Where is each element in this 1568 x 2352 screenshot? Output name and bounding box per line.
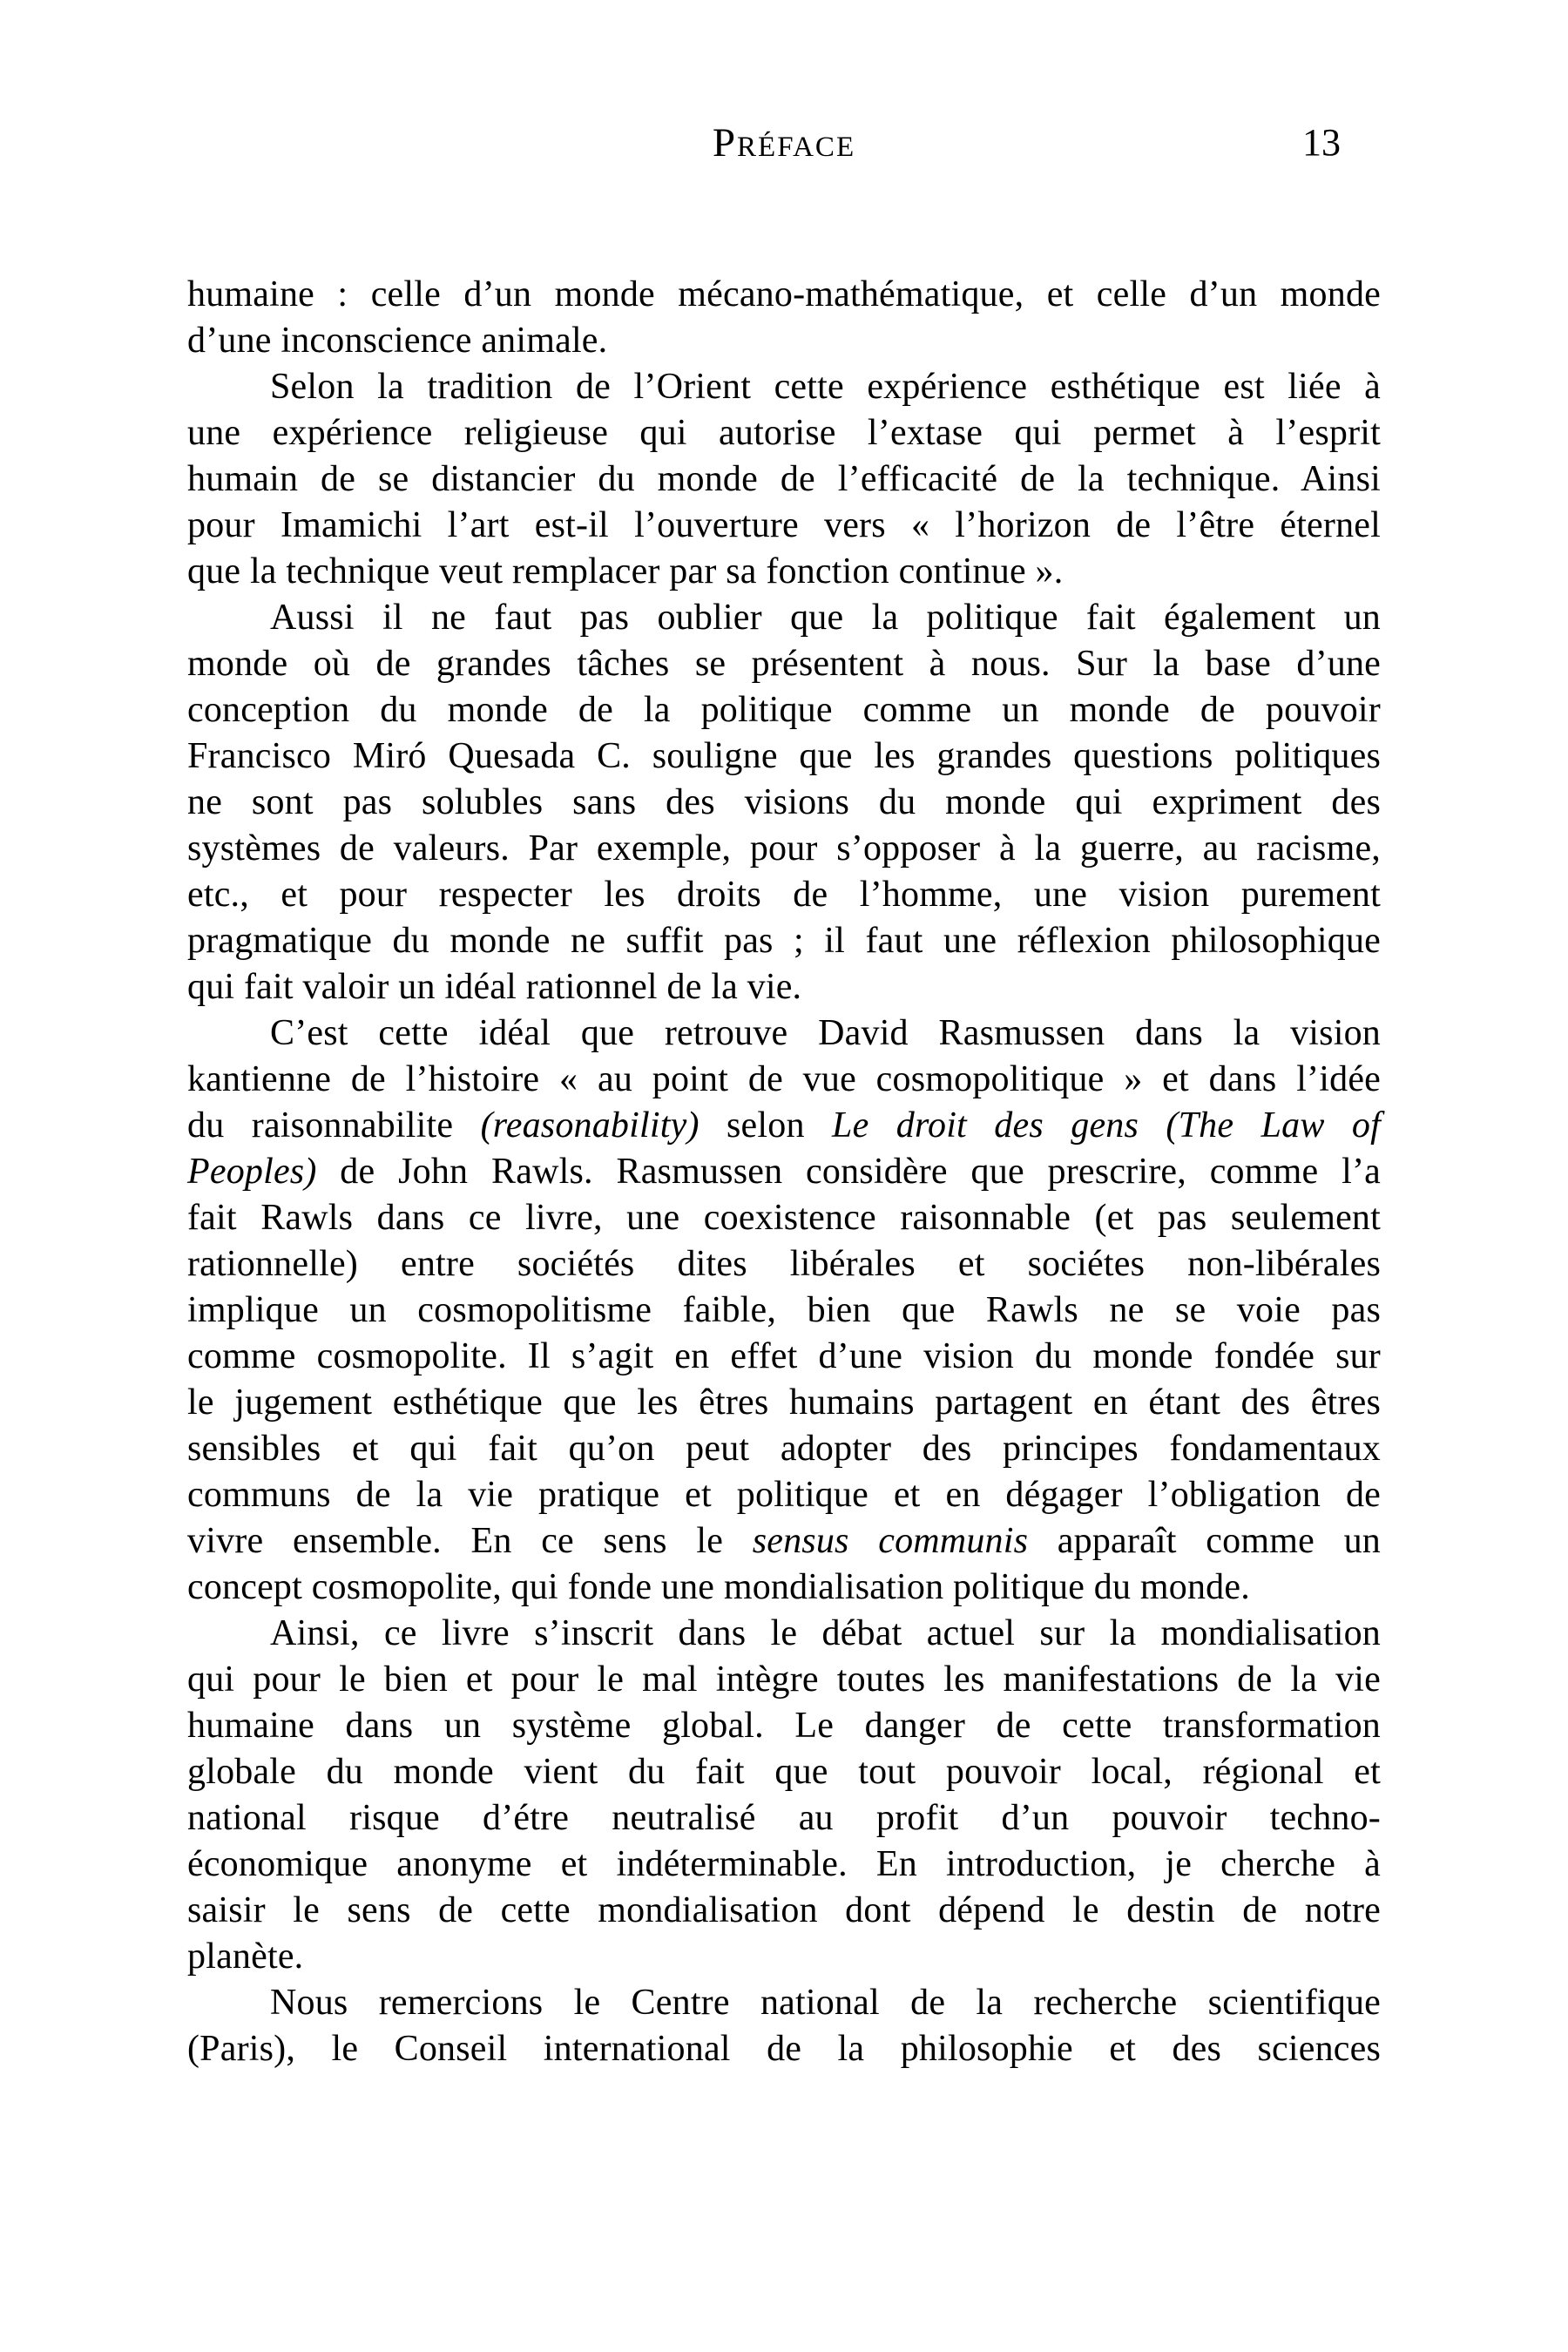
text-line: conception du monde de la politique comm… [187,687,1381,733]
text-line: d’une inconscience animale. [187,318,1381,364]
page-number: 13 [1302,118,1341,167]
paragraph: C’est cette idéal que retrouve David Ras… [187,1010,1381,1611]
text-line: Francisco Miró Quesada C. souligne que l… [187,733,1381,780]
text-line: implique un cosmopolitisme faible, bien … [187,1288,1381,1334]
text-line: comme cosmopolite. Il s’agit en effet d’… [187,1334,1381,1380]
text-line: planète. [187,1934,1381,1980]
text-line: humaine : celle d’un monde mécano-mathém… [187,272,1381,318]
text-line: du raisonnabilite (reasonability) selon … [187,1103,1381,1149]
text-line: etc., et pour respecter les droits de l’… [187,872,1381,918]
text-line: vivre ensemble. En ce sens le sensus com… [187,1518,1381,1565]
page-title: Préface [187,118,1381,167]
text-line: rationnelle) entre sociétés dites libéra… [187,1241,1381,1288]
paragraph: Selon la tradition de l’Orient cette exp… [187,364,1381,595]
text-line: globale du monde vient du fait que tout … [187,1749,1381,1795]
text-line: Aussi il ne faut pas oublier que la poli… [187,595,1381,641]
text-body: humaine : celle d’un monde mécano-mathém… [187,272,1381,2072]
text-line: économique anonyme et indéterminable. En… [187,1842,1381,1888]
text-line: qui pour le bien et pour le mal intègre … [187,1657,1381,1703]
paragraph: Nous remercions le Centre national de la… [187,1980,1381,2072]
text-line: concept cosmopolite, qui fonde une mondi… [187,1565,1381,1611]
text-line: Ainsi, ce livre s’inscrit dans le débat … [187,1611,1381,1657]
running-head: Préface 13 [187,118,1381,167]
text-line: (Paris), le Conseil international de la … [187,2026,1381,2072]
paragraph: humaine : celle d’un monde mécano-mathém… [187,272,1381,364]
text-line: national risque d’étre neutralisé au pro… [187,1795,1381,1842]
paragraph: Ainsi, ce livre s’inscrit dans le débat … [187,1611,1381,1980]
text-line: le jugement esthétique que les êtres hum… [187,1380,1381,1426]
text-line: monde où de grandes tâches se présentent… [187,641,1381,687]
text-line: sensibles et qui fait qu’on peut adopter… [187,1426,1381,1472]
text-line: fait Rawls dans ce livre, une coexistenc… [187,1195,1381,1241]
text-line: ne sont pas solubles sans des visions du… [187,780,1381,826]
text-line: Selon la tradition de l’Orient cette exp… [187,364,1381,410]
text-line: une expérience religieuse qui autorise l… [187,410,1381,456]
text-line: kantienne de l’histoire « au point de vu… [187,1057,1381,1103]
text-line: humain de se distancier du monde de l’ef… [187,456,1381,503]
text-line: qui fait valoir un idéal rationnel de la… [187,964,1381,1010]
text-line: Peoples) de John Rawls. Rasmussen consid… [187,1149,1381,1195]
text-line: saisir le sens de cette mondialisation d… [187,1888,1381,1934]
text-line: humaine dans un système global. Le dange… [187,1703,1381,1749]
text-line: pour Imamichi l’art est-il l’ouverture v… [187,503,1381,549]
paragraph: Aussi il ne faut pas oublier que la poli… [187,595,1381,1010]
text-line: C’est cette idéal que retrouve David Ras… [187,1010,1381,1057]
text-line: communs de la vie pratique et politique … [187,1472,1381,1518]
text-line: pragmatique du monde ne suffit pas ; il … [187,918,1381,964]
text-line: Nous remercions le Centre national de la… [187,1980,1381,2026]
text-line: que la technique veut remplacer par sa f… [187,549,1381,595]
text-line: systèmes de valeurs. Par exemple, pour s… [187,826,1381,872]
book-page: Préface 13 humaine : celle d’un monde mé… [0,0,1568,2352]
